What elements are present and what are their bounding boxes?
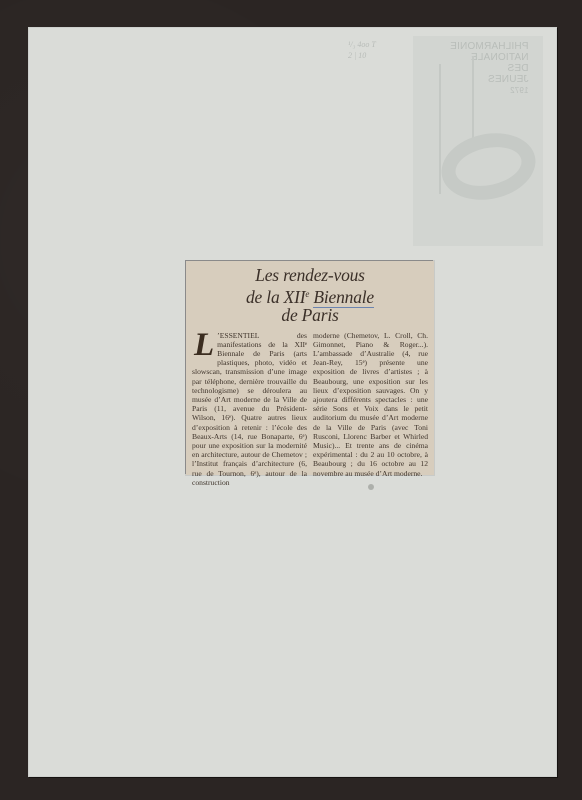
newspaper-clipping: Les rendez-vous de la XIIe Biennale de P… — [186, 261, 434, 475]
stain-dot — [368, 484, 374, 490]
drop-cap: L — [194, 332, 214, 359]
showthrough-cable-icon — [435, 125, 541, 208]
annotation-line-1: ¹/₃ 4oo T — [348, 39, 376, 50]
showthrough-title: PHILHARMONIE NATIONALE DES JEUNES 1972 — [450, 41, 529, 96]
article-column-1: L’ESSENTIEL des manifestations de la XII… — [192, 331, 307, 487]
clipping-headline: Les rendez-vous de la XIIe Biennale de P… — [192, 266, 428, 325]
mounting-page: ¹/₃ 4oo T 2 | 10 PHILHARMONIE NATIONALE … — [28, 27, 557, 777]
article-column-2: moderne (Chemetov, L. Croll, Ch. Gimonne… — [313, 331, 428, 487]
pencil-annotation: ¹/₃ 4oo T 2 | 10 — [348, 39, 376, 61]
reverse-side-showthrough: PHILHARMONIE NATIONALE DES JEUNES 1972 — [413, 36, 543, 246]
article-body: L’ESSENTIEL des manifestations de la XII… — [192, 331, 428, 487]
annotation-line-2: 2 | 10 — [348, 50, 376, 61]
